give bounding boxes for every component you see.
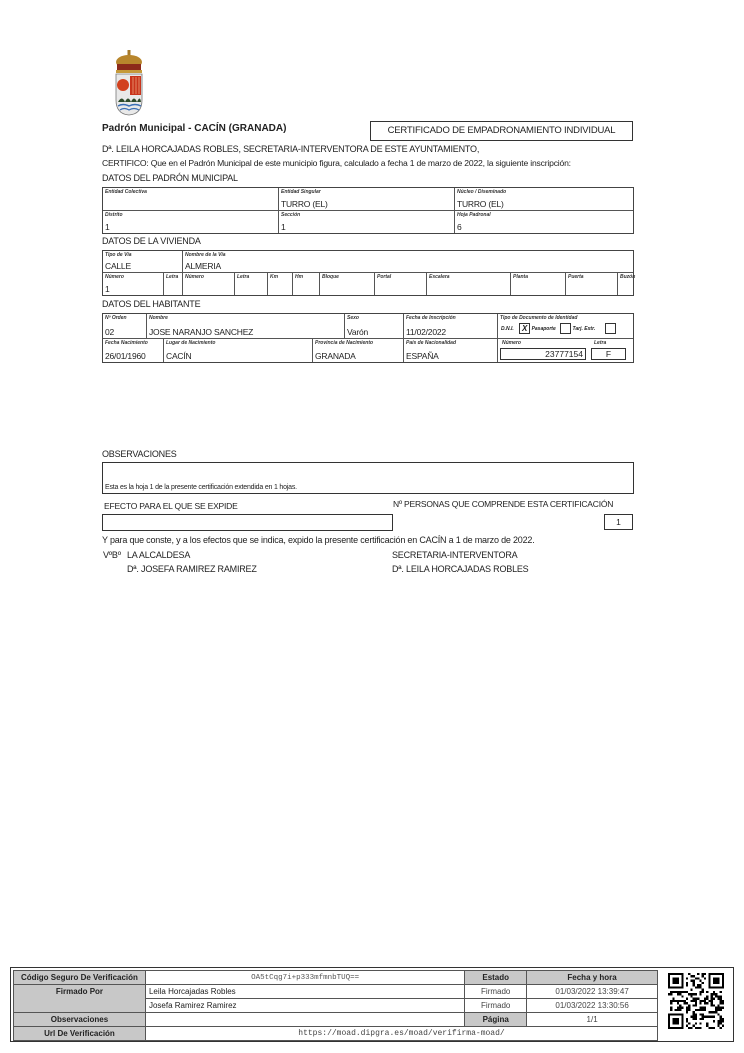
field-nucleo: Núcleo / Diseminado TURRO (EL) xyxy=(455,188,633,210)
field-nombre-via: Nombre de la Vía ALMERIA xyxy=(183,251,633,272)
closing-text: Y para que conste, y a los efectos que s… xyxy=(102,535,535,545)
field-entidad-colectiva: Entidad Colectiva xyxy=(103,188,279,210)
firmado-label: Firmado Por xyxy=(14,985,146,1013)
efecto-label: EFECTO PARA EL QUE SE EXPIDE xyxy=(104,501,238,511)
field-numero-orden: Nº Orden 02 xyxy=(103,314,147,338)
observaciones-box: Esta es la hoja 1 de la presente certifi… xyxy=(102,462,634,494)
field-entidad-singular: Entidad Singular TURRO (EL) xyxy=(279,188,455,210)
pagina-value: 1/1 xyxy=(527,1013,658,1027)
pasaporte-checkbox[interactable] xyxy=(560,323,571,334)
field-vivienda-4: Km xyxy=(268,273,293,295)
vivienda-section-title: DATOS DE LA VIVIENDA xyxy=(102,236,201,246)
dni-label: D.N.I. xyxy=(501,326,514,332)
field-vivienda-3: Letra xyxy=(235,273,268,295)
tarj-extr-label: Tarj. Extr. xyxy=(573,326,596,332)
field-vivienda-9: Planta xyxy=(511,273,566,295)
pagina-label: Página xyxy=(465,1013,527,1027)
signer-fecha: 01/03/2022 13:39:47 xyxy=(527,985,658,999)
field-hoja-padronal: Hoja Padronal 6 xyxy=(455,211,633,233)
url-label: Url De Verificación xyxy=(14,1027,146,1041)
field-vivienda-6: Bloque xyxy=(320,273,375,295)
observaciones-value xyxy=(145,1013,464,1027)
field-vivienda-10: Puerta xyxy=(566,273,618,295)
field-numero-documento: Número Letra 23777154 F xyxy=(498,339,633,362)
alcaldesa-name: Dª. JOSEFA RAMIREZ RAMIREZ xyxy=(127,564,257,574)
document-letter: F xyxy=(591,348,626,360)
field-tipo-via: Tipo de Vía CALLE xyxy=(103,251,183,272)
pasaporte-label: Pasaporte xyxy=(532,326,556,332)
field-vivienda-5: Hm xyxy=(293,273,320,295)
habitante-table: Nº Orden 02 Nombre JOSE NARANJO SANCHEZ … xyxy=(102,313,634,363)
field-vivienda-11: Buzón xyxy=(618,273,633,295)
personas-label: Nº PERSONAS QUE COMPRENDE ESTA CERTIFICA… xyxy=(393,499,613,509)
qr-code-icon[interactable] xyxy=(668,973,724,1029)
certificate-title: CERTIFICADO DE EMPADRONAMIENTO INDIVIDUA… xyxy=(370,121,633,141)
verification-table: Código Seguro De Verificación OA5tCqg7i+… xyxy=(13,970,658,1041)
observaciones-text: Esta es la hoja 1 de la presente certifi… xyxy=(105,484,297,491)
field-distrito: Distrito 1 xyxy=(103,211,279,233)
field-lugar-nacimiento: Lugar de Nacimiento CACÍN xyxy=(164,339,313,362)
coat-of-arms-icon xyxy=(112,50,146,116)
tarj-extr-checkbox[interactable] xyxy=(605,323,616,334)
field-vivienda-1: Letra xyxy=(164,273,183,295)
secretaria-name: Dª. LEILA HORCAJADAS ROBLES xyxy=(392,564,528,574)
url-value[interactable]: https://moad.dipgra.es/moad/verifirma-mo… xyxy=(145,1027,657,1041)
field-fecha-inscripcion: Fecha de Inscripción 11/02/2022 xyxy=(404,314,498,338)
signer-estado: Firmado xyxy=(465,985,527,999)
vobo-label: VºBº xyxy=(103,550,121,560)
signer-name: Leila Horcajadas Robles xyxy=(145,985,464,999)
secretaria-role: SECRETARIA-INTERVENTORA xyxy=(392,550,517,560)
field-provincia-nacimiento: Provincia de Nacimiento GRANADA xyxy=(313,339,404,362)
intro-line-2: CERTIFICO: Que en el Padrón Municipal de… xyxy=(102,158,571,168)
signer-name: Josefa Ramirez Ramirez xyxy=(145,999,464,1013)
field-vivienda-0: Número1 xyxy=(103,273,164,295)
field-fecha-nacimiento: Fecha Nacimiento 26/01/1960 xyxy=(103,339,164,362)
signer-fecha: 01/03/2022 13:30:56 xyxy=(527,999,658,1013)
fecha-header: Fecha y hora xyxy=(527,971,658,985)
padron-section-title: DATOS DEL PADRÓN MUNICIPAL xyxy=(102,173,238,183)
csv-label: Código Seguro De Verificación xyxy=(14,971,146,985)
alcaldesa-role: LA ALCALDESA xyxy=(127,550,190,560)
field-tipo-documento: Tipo de Documento de Identidad D.N.I. X … xyxy=(498,314,633,338)
intro-line-1: Dª. LEILA HORCAJADAS ROBLES, SECRETARIA-… xyxy=(102,144,479,154)
estado-header: Estado xyxy=(465,971,527,985)
efecto-field[interactable] xyxy=(102,514,393,531)
field-vivienda-7: Portal xyxy=(375,273,427,295)
municipality-title: Padrón Municipal - CACÍN (GRANADA) xyxy=(102,123,286,134)
habitante-section-title: DATOS DEL HABITANTE xyxy=(102,299,200,309)
field-vivienda-2: Número xyxy=(183,273,235,295)
field-vivienda-8: Escalera xyxy=(427,273,511,295)
document-number: 23777154 xyxy=(500,348,586,360)
signer-estado: Firmado xyxy=(465,999,527,1013)
observaciones-title: OBSERVACIONES xyxy=(102,449,177,459)
vivienda-table: Tipo de Vía CALLE Nombre de la Vía ALMER… xyxy=(102,250,634,296)
field-nombre: Nombre JOSE NARANJO SANCHEZ xyxy=(147,314,345,338)
field-sexo: Sexo Varón xyxy=(345,314,404,338)
personas-count: 1 xyxy=(604,514,633,530)
field-pais-nacionalidad: País de Nacionalidad ESPAÑA xyxy=(404,339,498,362)
verification-footer: Código Seguro De Verificación OA5tCqg7i+… xyxy=(10,967,734,1042)
padron-table: Entidad Colectiva Entidad Singular TURRO… xyxy=(102,187,634,234)
observaciones-label: Observaciones xyxy=(14,1013,146,1027)
field-seccion: Sección 1 xyxy=(279,211,455,233)
dni-checkbox[interactable]: X xyxy=(519,323,530,334)
csv-value: OA5tCqg7i+p333mfmnbTUQ== xyxy=(145,971,464,985)
